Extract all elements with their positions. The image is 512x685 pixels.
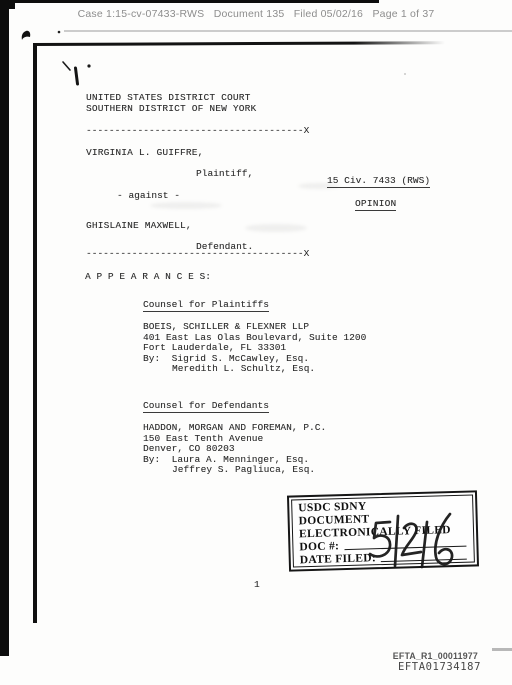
plaintiffs-attorney2: Meredith L. Schultz, Esq. <box>172 364 315 374</box>
opinion-label: OPINION <box>355 199 396 211</box>
ecf-header-line: Case 1:15-cv-07433-RWS Document 135 File… <box>0 8 512 20</box>
plaintiff-name: VIRGINIA L. GUIFFRE, <box>86 148 204 158</box>
footer-dash-mark <box>492 648 512 651</box>
caption-divider-top: --------------------------------------X <box>86 126 309 136</box>
bates-number-1: EFTA_R1_00011977 <box>393 651 478 661</box>
court-name-line2: SOUTHERN DISTRICT OF NEW YORK <box>86 104 256 114</box>
court-name-line1: UNITED STATES DISTRICT COURT <box>86 93 251 103</box>
defendants-firm: HADDON, MORGAN AND FOREMAN, P.C. <box>143 423 326 433</box>
stamp-doc-number-label: DOC #: <box>299 540 339 554</box>
defendants-address2: Denver, CO 80203 <box>143 444 235 454</box>
scanned-court-document: Case 1:15-cv-07433-RWS Document 135 File… <box>0 0 512 685</box>
case-number: 15 Civ. 7433 (RWS) <box>327 176 430 188</box>
scan-smudge <box>150 202 222 209</box>
defendants-attorney2: Jeffrey S. Pagliuca, Esq. <box>172 465 315 475</box>
plaintiffs-address1: 401 East Las Olas Boulevard, Suite 1200 <box>143 333 366 343</box>
defendants-address1: 150 East Tenth Avenue <box>143 434 263 444</box>
stamp-doc-number-blank <box>344 536 466 550</box>
counsel-defendants-title: Counsel for Defendants <box>143 401 269 413</box>
page-border-left <box>33 43 37 623</box>
usdc-filing-stamp: USDC SDNY DOCUMENT ELECTRONICALLY FILED … <box>287 490 479 571</box>
caption-divider-bottom: --------------------------------------X <box>86 249 309 259</box>
defendant-name: GHISLAINE MAXWELL, <box>86 221 192 231</box>
stamp-date-filed-label: DATE FILED: <box>300 552 377 567</box>
plaintiffs-firm: BOEIS, SCHILLER & FLEXNER LLP <box>143 322 309 332</box>
page-border-top <box>33 41 445 46</box>
usdc-filing-stamp-inner: USDC SDNY DOCUMENT ELECTRONICALLY FILED … <box>291 494 475 567</box>
page-number: 1 <box>254 580 260 590</box>
scan-speck <box>404 73 406 75</box>
plaintiffs-attorney1: By: Sigrid S. McCawley, Esq. <box>143 354 309 364</box>
plaintiff-role: Plaintiff, <box>196 169 253 179</box>
counsel-plaintiffs-title: Counsel for Plaintiffs <box>143 300 269 312</box>
appearances-heading: A P P E A R A N C E S: <box>85 272 211 282</box>
against-label: - against - <box>117 191 180 201</box>
bates-number-2: EFTA01734187 <box>398 661 481 673</box>
scan-edge-top-line <box>0 0 379 3</box>
scan-edge-left-bar <box>0 0 9 656</box>
stamp-date-filed-blank <box>381 549 467 562</box>
ink-marks <box>20 28 100 93</box>
page-top-shadow <box>64 30 512 32</box>
scan-smudge <box>245 224 307 232</box>
defendants-attorney1: By: Laura A. Menninger, Esq. <box>143 455 309 465</box>
plaintiffs-address2: Fort Lauderdale, FL 33301 <box>143 343 286 353</box>
